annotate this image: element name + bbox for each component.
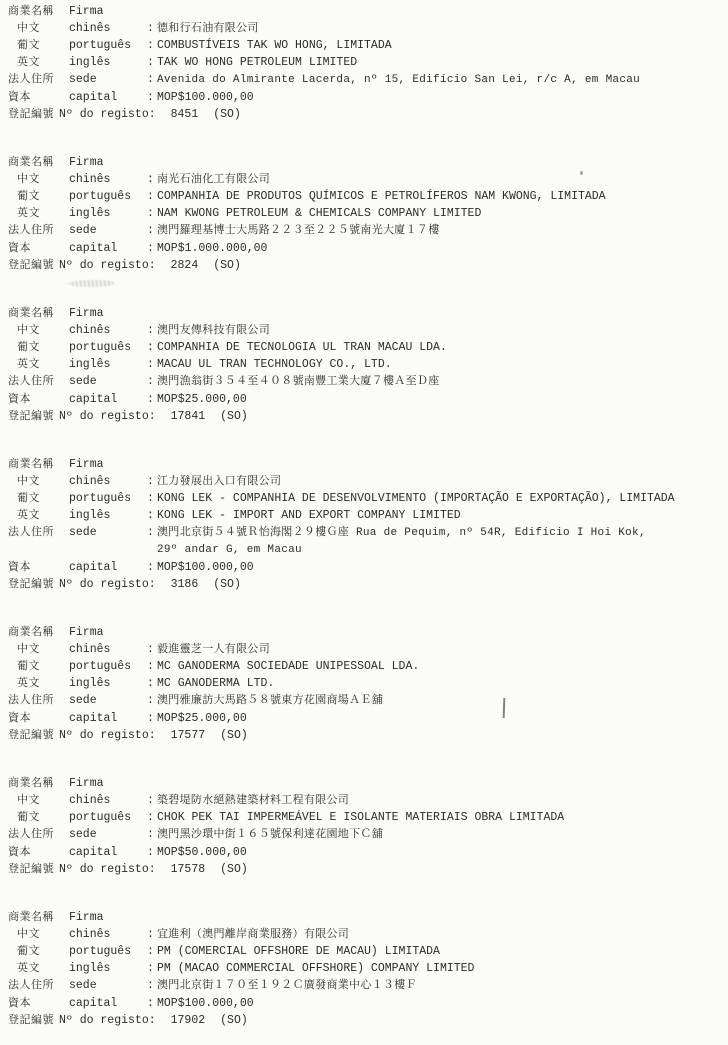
label-english-zh: 英文: [8, 675, 69, 692]
label-firm-pt: Firma: [69, 775, 147, 792]
row-firm-heading: 商業名稱 Firma: [8, 154, 728, 171]
label-english-pt: inglês: [69, 205, 147, 222]
label-seat-pt: sede: [69, 977, 147, 994]
colon-separator: :: [147, 473, 157, 490]
label-seat-pt: sede: [69, 71, 147, 88]
row-registry-number: 登記編號 Nº do registo: 17841 (SO): [8, 408, 728, 425]
label-chinese-zh: 中文: [8, 473, 69, 490]
label-registry-zh: 登記編號: [8, 861, 54, 878]
value-capital: MOP$25.000,00: [157, 710, 247, 727]
label-portuguese-pt: português: [69, 809, 147, 826]
registry-entry: 商業名稱 Firma 中文 chinês : 澳門友傳科技有限公司 葡文 por…: [8, 305, 728, 425]
row-capital: 資本 capital : MOP$100.000,00: [8, 995, 728, 1012]
label-portuguese-zh: 葡文: [8, 658, 69, 675]
label-portuguese-zh: 葡文: [8, 37, 69, 54]
colon-separator: :: [147, 641, 157, 658]
label-portuguese-zh: 葡文: [8, 490, 69, 507]
value-seat-address: 澳門北京街１７０至１９２Ｃ廣發商業中心１３樓Ｆ: [157, 978, 417, 995]
value-english-name: NAM KWONG PETROLEUM & CHEMICALS COMPANY …: [157, 205, 481, 222]
value-chinese-name: 宜進利（澳門離岸商業服務）有限公司: [157, 926, 349, 943]
value-portuguese-name: COMBUSTÍVEIS TAK WO HONG, LIMITADA: [157, 37, 392, 54]
colon-separator: :: [147, 675, 157, 692]
row-seat: 法人住所 sede : 澳門漁翁街３５４至４０８號南豐工業大廈７樓Ａ至Ｄ座: [8, 373, 728, 391]
label-portuguese-pt: português: [69, 658, 147, 675]
label-english-pt: inglês: [69, 54, 147, 71]
label-seat-zh: 法人住所: [8, 222, 69, 239]
colon-separator: :: [147, 373, 157, 390]
value-english-name: MC GANODERMA LTD.: [157, 675, 274, 692]
row-chinese-name: 中文 chinês : 築碧堤防水絕熱建築材料工程有限公司: [8, 792, 728, 809]
label-seat-pt: sede: [69, 373, 147, 390]
colon-separator: :: [147, 960, 157, 977]
row-chinese-name: 中文 chinês : 南光石油化工有限公司: [8, 171, 728, 188]
label-portuguese-pt: português: [69, 37, 147, 54]
row-seat: 法人住所 sede : 澳門北京街１７０至１９２Ｃ廣發商業中心１３樓Ｆ: [8, 977, 728, 995]
row-portuguese-name: 葡文 português : COMBUSTÍVEIS TAK WO HONG,…: [8, 37, 728, 54]
colon-separator: :: [147, 826, 157, 843]
colon-separator: :: [147, 171, 157, 188]
colon-separator: :: [147, 692, 157, 709]
row-portuguese-name: 葡文 português : COMPANHIA DE TECNOLOGIA U…: [8, 339, 728, 356]
row-registry-number: 登記編號 Nº do registo: 2824 (SO): [8, 257, 728, 274]
label-firm-zh: 商業名稱: [8, 154, 69, 171]
label-firm-pt: Firma: [69, 305, 147, 322]
registry-entry: 商業名稱 Firma 中文 chinês : 江力發展出入口有限公司 葡文 po…: [8, 456, 728, 593]
label-english-pt: inglês: [69, 356, 147, 373]
value-english-name: PM (MACAO COMMERCIAL OFFSHORE) COMPANY L…: [157, 960, 474, 977]
label-portuguese-zh: 葡文: [8, 339, 69, 356]
value-portuguese-name: COMPANHIA DE TECNOLOGIA UL TRAN MACAU LD…: [157, 339, 447, 356]
row-english-name: 英文 inglês : NAM KWONG PETROLEUM & CHEMIC…: [8, 205, 728, 222]
row-english-name: 英文 inglês : MC GANODERMA LTD.: [8, 675, 728, 692]
value-chinese-name: 江力發展出入口有限公司: [157, 473, 281, 490]
label-english-zh: 英文: [8, 205, 69, 222]
row-english-name: 英文 inglês : MACAU UL TRAN TECHNOLOGY CO.…: [8, 356, 728, 373]
row-registry-number: 登記編號 Nº do registo: 17902 (SO): [8, 1012, 728, 1029]
colon-separator: :: [147, 322, 157, 339]
row-firm-heading: 商業名稱 Firma: [8, 305, 728, 322]
colon-separator: :: [147, 995, 157, 1012]
label-registry-zh: 登記編號: [8, 1012, 54, 1029]
row-registry-number: 登記編號 Nº do registo: 17577 (SO): [8, 727, 728, 744]
row-chinese-name: 中文 chinês : 毅進靈芝一人有限公司: [8, 641, 728, 658]
label-chinese-pt: chinês: [69, 20, 147, 37]
label-portuguese-pt: português: [69, 339, 147, 356]
label-firm-zh: 商業名稱: [8, 3, 69, 20]
label-portuguese-pt: português: [69, 188, 147, 205]
colon-separator: :: [147, 356, 157, 373]
value-seat-address-line2: 29º andar G, em Macau: [157, 542, 302, 559]
colon-separator: :: [147, 391, 157, 408]
value-registry-number: 17902: [171, 1012, 206, 1029]
label-portuguese-zh: 葡文: [8, 809, 69, 826]
row-capital: 資本 capital : MOP$100.000,00: [8, 89, 728, 106]
label-firm-zh: 商業名稱: [8, 305, 69, 322]
row-capital: 資本 capital : MOP$25.000,00: [8, 391, 728, 408]
value-registry-number: 17841: [171, 408, 206, 425]
row-chinese-name: 中文 chinês : 德和行石油有限公司: [8, 20, 728, 37]
row-seat: 法人住所 sede : 澳門羅理基博士大馬路２２３至２２５號南光大廈１７樓: [8, 222, 728, 240]
label-english-pt: inglês: [69, 675, 147, 692]
colon-separator: :: [147, 977, 157, 994]
value-registry-mark: (SO): [220, 408, 248, 425]
row-english-name: 英文 inglês : TAK WO HONG PETROLEUM LIMITE…: [8, 54, 728, 71]
label-capital-pt: capital: [69, 995, 147, 1012]
label-seat-zh: 法人住所: [8, 373, 69, 390]
registry-entry: 商業名稱 Firma 中文 chinês : 築碧堤防水絕熱建築材料工程有限公司…: [8, 775, 728, 878]
value-capital: MOP$1.000.000,00: [157, 240, 267, 257]
label-seat-pt: sede: [69, 524, 147, 541]
label-firm-pt: Firma: [69, 3, 147, 20]
registry-entry: 商業名稱 Firma 中文 chinês : 德和行石油有限公司 葡文 port…: [8, 3, 728, 123]
label-chinese-pt: chinês: [69, 792, 147, 809]
colon-separator: :: [147, 20, 157, 37]
row-chinese-name: 中文 chinês : 宜進利（澳門離岸商業服務）有限公司: [8, 926, 728, 943]
row-firm-heading: 商業名稱 Firma: [8, 775, 728, 792]
colon-separator: :: [147, 188, 157, 205]
colon-separator: :: [147, 71, 157, 88]
label-firm-pt: Firma: [69, 624, 147, 641]
value-registry-mark: (SO): [220, 861, 248, 878]
row-capital: 資本 capital : MOP$25.000,00: [8, 710, 728, 727]
value-registry-mark: (SO): [220, 727, 248, 744]
label-capital-pt: capital: [69, 844, 147, 861]
row-portuguese-name: 葡文 português : PM (COMERCIAL OFFSHORE DE…: [8, 943, 728, 960]
colon-separator: :: [147, 507, 157, 524]
row-registry-number: 登記編號 Nº do registo: 8451 (SO): [8, 106, 728, 123]
label-chinese-pt: chinês: [69, 926, 147, 943]
colon-separator: :: [147, 559, 157, 576]
label-firm-zh: 商業名稱: [8, 456, 69, 473]
colon-separator: :: [147, 240, 157, 257]
label-registry-zh: 登記編號: [8, 576, 54, 593]
value-seat-address: 澳門黑沙環中街１６５號保利達花園地下Ｃ舖: [157, 827, 383, 844]
label-capital-zh: 資本: [8, 844, 69, 861]
label-chinese-zh: 中文: [8, 641, 69, 658]
label-english-zh: 英文: [8, 356, 69, 373]
label-registry-zh: 登記編號: [8, 408, 54, 425]
label-capital-zh: 資本: [8, 89, 69, 106]
label-chinese-pt: chinês: [69, 322, 147, 339]
row-seat-continuation: 29º andar G, em Macau: [8, 542, 728, 559]
label-seat-pt: sede: [69, 826, 147, 843]
row-firm-heading: 商業名稱 Firma: [8, 624, 728, 641]
value-portuguese-name: MC GANODERMA SOCIEDADE UNIPESSOAL LDA.: [157, 658, 419, 675]
row-registry-number: 登記編號 Nº do registo: 3186 (SO): [8, 576, 728, 593]
document-page: 商業名稱 Firma 中文 chinês : 德和行石油有限公司 葡文 port…: [0, 0, 728, 1029]
row-chinese-name: 中文 chinês : 澳門友傳科技有限公司: [8, 322, 728, 339]
label-english-pt: inglês: [69, 507, 147, 524]
row-firm-heading: 商業名稱 Firma: [8, 3, 728, 20]
value-chinese-name: 德和行石油有限公司: [157, 20, 259, 37]
row-portuguese-name: 葡文 português : MC GANODERMA SOCIEDADE UN…: [8, 658, 728, 675]
colon-separator: :: [147, 524, 157, 541]
value-capital: MOP$100.000,00: [157, 89, 254, 106]
value-seat-address: 澳門羅理基博士大馬路２２３至２２５號南光大廈１７樓: [157, 223, 440, 240]
label-firm-zh: 商業名稱: [8, 775, 69, 792]
row-chinese-name: 中文 chinês : 江力發展出入口有限公司: [8, 473, 728, 490]
registry-entry: 商業名稱 Firma 中文 chinês : 宜進利（澳門離岸商業服務）有限公司…: [8, 909, 728, 1029]
label-capital-zh: 資本: [8, 559, 69, 576]
label-registry-pt: Nº do registo:: [59, 106, 156, 123]
colon-separator: :: [147, 926, 157, 943]
label-portuguese-pt: português: [69, 490, 147, 507]
colon-separator: :: [147, 809, 157, 826]
label-chinese-zh: 中文: [8, 792, 69, 809]
colon-separator: :: [147, 490, 157, 507]
row-capital: 資本 capital : MOP$1.000.000,00: [8, 240, 728, 257]
value-registry-number: 8451: [171, 106, 199, 123]
label-firm-pt: Firma: [69, 154, 147, 171]
value-portuguese-name: PM (COMERCIAL OFFSHORE DE MACAU) LIMITAD…: [157, 943, 440, 960]
value-seat-address: 澳門漁翁街３５４至４０８號南豐工業大廈７樓Ａ至Ｄ座: [157, 374, 440, 391]
value-registry-number: 17578: [171, 861, 206, 878]
value-portuguese-name: COMPANHIA DE PRODUTOS QUÍMICOS E PETROLÍ…: [157, 188, 606, 205]
label-registry-pt: Nº do registo:: [59, 861, 156, 878]
value-portuguese-name: CHOK PEK TAI IMPERMEÁVEL E ISOLANTE MATE…: [157, 809, 564, 826]
label-capital-pt: capital: [69, 240, 147, 257]
colon-separator: :: [147, 89, 157, 106]
value-registry-mark: (SO): [213, 576, 241, 593]
value-registry-number: 3186: [171, 576, 199, 593]
label-seat-zh: 法人住所: [8, 692, 69, 709]
row-english-name: 英文 inglês : KONG LEK - IMPORT AND EXPORT…: [8, 507, 728, 524]
label-seat-zh: 法人住所: [8, 71, 69, 88]
value-chinese-name: 南光石油化工有限公司: [157, 171, 270, 188]
value-chinese-name: 澳門友傳科技有限公司: [157, 322, 270, 339]
label-chinese-pt: chinês: [69, 641, 147, 658]
label-chinese-pt: chinês: [69, 171, 147, 188]
row-portuguese-name: 葡文 português : COMPANHIA DE PRODUTOS QUÍ…: [8, 188, 728, 205]
label-english-pt: inglês: [69, 960, 147, 977]
row-portuguese-name: 葡文 português : KONG LEK - COMPANHIA DE D…: [8, 490, 728, 507]
label-registry-zh: 登記編號: [8, 727, 54, 744]
label-firm-pt: Firma: [69, 909, 147, 926]
colon-separator: :: [147, 37, 157, 54]
colon-separator: :: [147, 339, 157, 356]
row-capital: 資本 capital : MOP$100.000,00: [8, 559, 728, 576]
value-registry-mark: (SO): [220, 1012, 248, 1029]
label-portuguese-zh: 葡文: [8, 188, 69, 205]
value-registry-mark: (SO): [213, 257, 241, 274]
label-chinese-zh: 中文: [8, 322, 69, 339]
label-seat-pt: sede: [69, 692, 147, 709]
registry-entry: 商業名稱 Firma 中文 chinês : 南光石油化工有限公司 葡文 por…: [8, 154, 728, 274]
colon-separator: :: [147, 943, 157, 960]
label-capital-zh: 資本: [8, 710, 69, 727]
value-capital: MOP$100.000,00: [157, 995, 254, 1012]
colon-separator: :: [147, 792, 157, 809]
value-seat-address: 澳門雅廉訪大馬路５８號東方花園商場ＡＥ舖: [157, 693, 383, 710]
label-chinese-zh: 中文: [8, 171, 69, 188]
registry-entry: 商業名稱 Firma 中文 chinês : 毅進靈芝一人有限公司 葡文 por…: [8, 624, 728, 744]
row-seat: 法人住所 sede : 澳門北京街５４號Ｒ怡海閣２９樓Ｇ座 Rua de Peq…: [8, 524, 728, 542]
label-english-zh: 英文: [8, 507, 69, 524]
row-seat: 法人住所 sede : Avenida do Almirante Lacerda…: [8, 71, 728, 89]
row-english-name: 英文 inglês : PM (MACAO COMMERCIAL OFFSHOR…: [8, 960, 728, 977]
label-portuguese-pt: português: [69, 943, 147, 960]
label-english-zh: 英文: [8, 54, 69, 71]
label-registry-zh: 登記編號: [8, 106, 54, 123]
label-capital-zh: 資本: [8, 391, 69, 408]
label-capital-pt: capital: [69, 89, 147, 106]
label-chinese-zh: 中文: [8, 926, 69, 943]
value-chinese-name: 毅進靈芝一人有限公司: [157, 641, 270, 658]
value-english-name: MACAU UL TRAN TECHNOLOGY CO., LTD.: [157, 356, 392, 373]
label-chinese-zh: 中文: [8, 20, 69, 37]
colon-separator: :: [147, 710, 157, 727]
value-english-name: TAK WO HONG PETROLEUM LIMITED: [157, 54, 357, 71]
label-firm-zh: 商業名稱: [8, 909, 69, 926]
label-firm-zh: 商業名稱: [8, 624, 69, 641]
label-registry-pt: Nº do registo:: [59, 408, 156, 425]
value-capital: MOP$50.000,00: [157, 844, 247, 861]
label-seat-zh: 法人住所: [8, 524, 69, 541]
label-seat-zh: 法人住所: [8, 826, 69, 843]
label-registry-pt: Nº do registo:: [59, 576, 156, 593]
row-seat: 法人住所 sede : 澳門雅廉訪大馬路５８號東方花園商場ＡＥ舖: [8, 692, 728, 710]
colon-separator: :: [147, 205, 157, 222]
label-portuguese-zh: 葡文: [8, 943, 69, 960]
value-registry-number: 17577: [171, 727, 206, 744]
label-capital-pt: capital: [69, 710, 147, 727]
label-capital-zh: 資本: [8, 240, 69, 257]
value-chinese-name: 築碧堤防水絕熱建築材料工程有限公司: [157, 792, 349, 809]
label-registry-pt: Nº do registo:: [59, 1012, 156, 1029]
colon-separator: :: [147, 844, 157, 861]
label-capital-zh: 資本: [8, 995, 69, 1012]
row-seat: 法人住所 sede : 澳門黑沙環中街１６５號保利達花園地下Ｃ舖: [8, 826, 728, 844]
label-firm-pt: Firma: [69, 456, 147, 473]
row-firm-heading: 商業名稱 Firma: [8, 456, 728, 473]
value-seat-address: 澳門北京街５４號Ｒ怡海閣２９樓Ｇ座 Rua de Pequim, nº 54R,…: [157, 525, 646, 542]
value-registry-mark: (SO): [213, 106, 241, 123]
value-capital: MOP$25.000,00: [157, 391, 247, 408]
row-portuguese-name: 葡文 português : CHOK PEK TAI IMPERMEÁVEL …: [8, 809, 728, 826]
value-portuguese-name: KONG LEK - COMPANHIA DE DESENVOLVIMENTO …: [157, 490, 675, 507]
label-capital-pt: capital: [69, 391, 147, 408]
colon-separator: :: [147, 658, 157, 675]
value-capital: MOP$100.000,00: [157, 559, 254, 576]
row-firm-heading: 商業名稱 Firma: [8, 909, 728, 926]
label-registry-pt: Nº do registo:: [59, 727, 156, 744]
value-registry-number: 2824: [171, 257, 199, 274]
label-chinese-pt: chinês: [69, 473, 147, 490]
colon-separator: :: [147, 54, 157, 71]
label-registry-pt: Nº do registo:: [59, 257, 156, 274]
label-seat-zh: 法人住所: [8, 977, 69, 994]
label-registry-zh: 登記編號: [8, 257, 54, 274]
value-seat-address: Avenida do Almirante Lacerda, nº 15, Edi…: [157, 72, 640, 89]
label-capital-pt: capital: [69, 559, 147, 576]
value-english-name: KONG LEK - IMPORT AND EXPORT COMPANY LIM…: [157, 507, 461, 524]
row-capital: 資本 capital : MOP$50.000,00: [8, 844, 728, 861]
label-english-zh: 英文: [8, 960, 69, 977]
label-seat-pt: sede: [69, 222, 147, 239]
colon-separator: :: [147, 222, 157, 239]
row-registry-number: 登記編號 Nº do registo: 17578 (SO): [8, 861, 728, 878]
